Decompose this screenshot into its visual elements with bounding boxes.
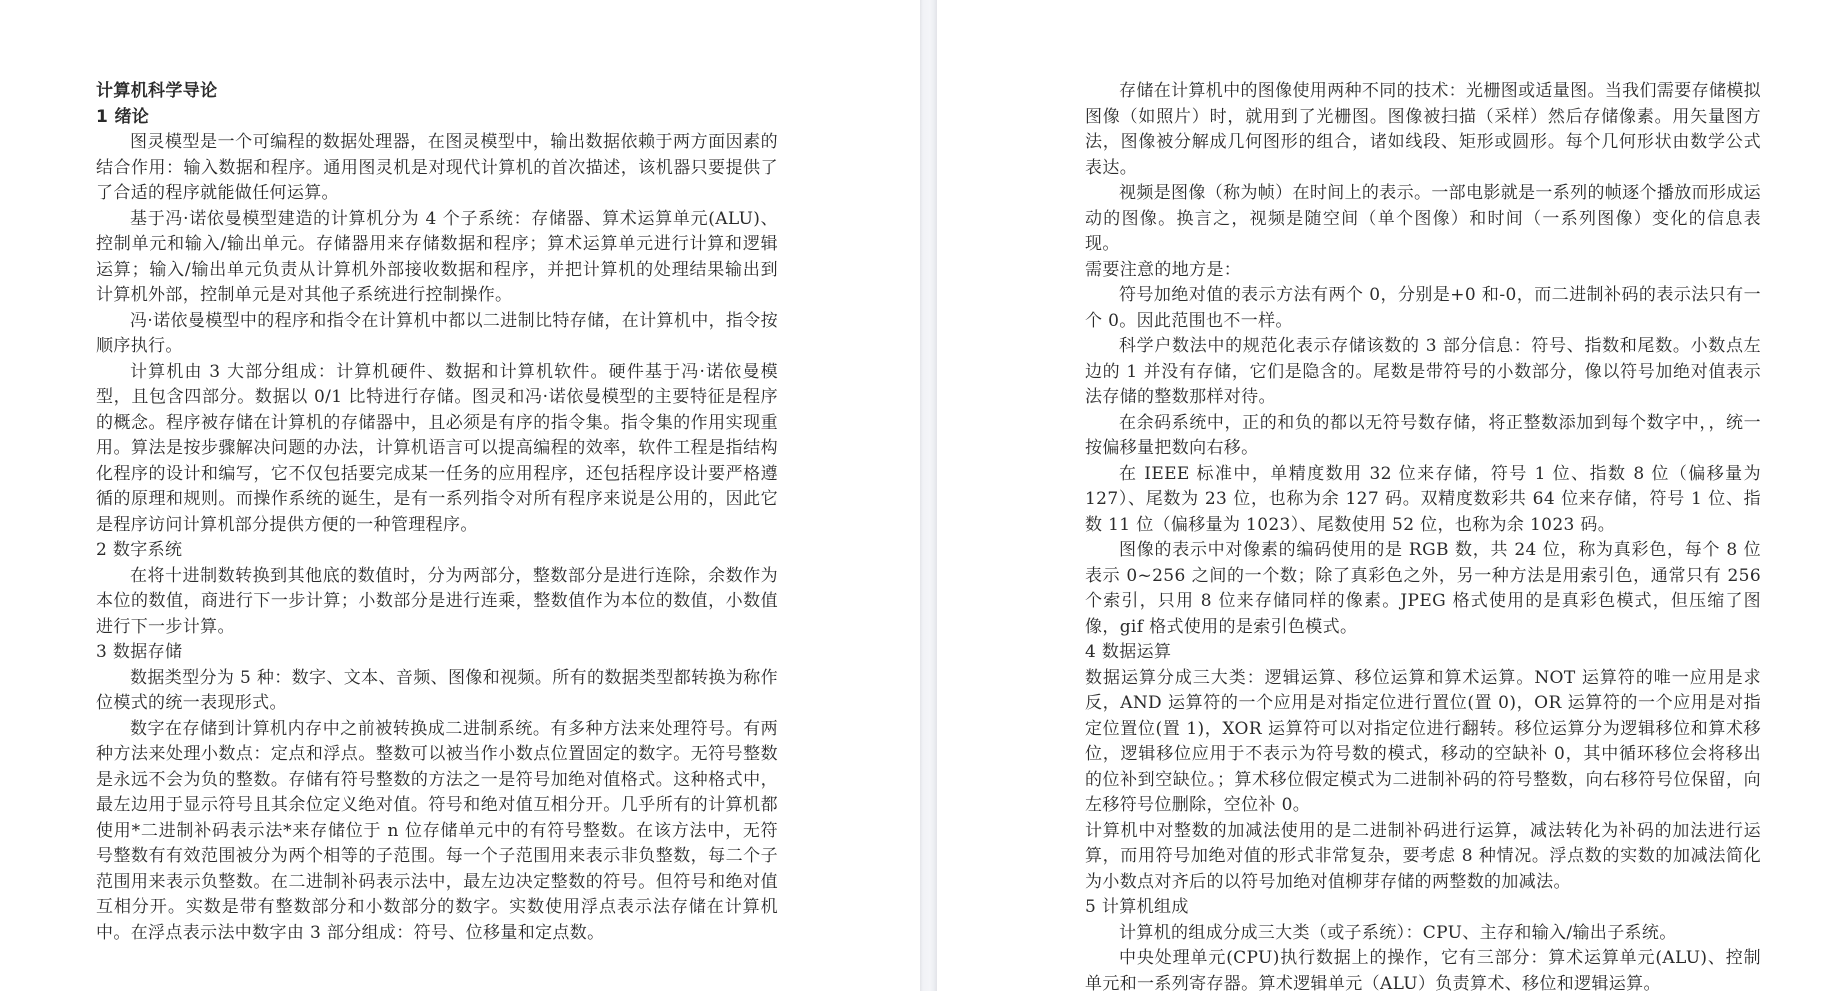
page-right-content: 存储在计算机中的图像使用两种不同的技术：光栅图或适量图。当我们需要存储模拟图像（…	[1085, 79, 1761, 991]
page-gutter	[920, 0, 937, 991]
document-title: 计算机科学导论	[96, 79, 778, 105]
paragraph: 图像的表示中对像素的编码使用的是 RGB 数，共 24 位，称为真彩色，每个 8…	[1085, 538, 1761, 640]
paragraph: 中央处理单元(CPU)执行数据上的操作，它有三部分：算术运算单元(ALU)、控制…	[1085, 946, 1761, 991]
note-label: 需要注意的地方是：	[1085, 258, 1761, 284]
paragraph: 在将十进制数转换到其他底的数值时，分为两部分，整数部分是进行连除，余数作为本位的…	[96, 564, 778, 641]
section-heading-1: 1 绪论	[96, 105, 778, 131]
paragraph: 计算机由 3 大部分组成：计算机硬件、数据和计算机软件。硬件基于冯·诺依曼模型，…	[96, 360, 778, 539]
page-left-content: 计算机科学导论 1 绪论 图灵模型是一个可编程的数据处理器，在图灵模型中，输出数…	[96, 79, 778, 946]
paragraph: 数据运算分成三大类：逻辑运算、移位运算和算术运算。NOT 运算符的唯一应用是求反…	[1085, 666, 1761, 819]
section-heading-4: 4 数据运算	[1085, 640, 1761, 666]
paragraph: 数据类型分为 5 种：数字、文本、音频、图像和视频。所有的数据类型都转换为称作位…	[96, 666, 778, 717]
section-heading-5: 5 计算机组成	[1085, 895, 1761, 921]
section-heading-3: 3 数据存储	[96, 640, 778, 666]
paragraph: 计算机的组成分成三大类（或子系统）：CPU、主存和输入/输出子系统。	[1085, 921, 1761, 947]
paragraph: 符号加绝对值的表示方法有两个 0，分别是+0 和-0，而二进制补码的表示法只有一…	[1085, 283, 1761, 334]
paragraph: 基于冯·诺依曼模型建造的计算机分为 4 个子系统：存储器、算术运算单元(ALU)…	[96, 207, 778, 309]
paragraph: 科学户数法中的规范化表示存储该数的 3 部分信息：符号、指数和尾数。小数点左边的…	[1085, 334, 1761, 411]
paragraph: 在 IEEE 标准中，单精度数用 32 位来存储，符号 1 位、指数 8 位（偏…	[1085, 462, 1761, 539]
document-page-right: 存储在计算机中的图像使用两种不同的技术：光栅图或适量图。当我们需要存储模拟图像（…	[937, 0, 1833, 991]
paragraph: 在余码系统中，正的和负的都以无符号数存储，将正整数添加到每个数字中，，统一按偏移…	[1085, 411, 1761, 462]
section-heading-2: 2 数字系统	[96, 538, 778, 564]
paragraph: 冯·诺依曼模型中的程序和指令在计算机中都以二进制比特存储，在计算机中，指令按顺序…	[96, 309, 778, 360]
paragraph: 存储在计算机中的图像使用两种不同的技术：光栅图或适量图。当我们需要存储模拟图像（…	[1085, 79, 1761, 181]
paragraph: 视频是图像（称为帧）在时间上的表示。一部电影就是一系列的帧逐个播放而形成运动的图…	[1085, 181, 1761, 258]
document-page-left: 计算机科学导论 1 绪论 图灵模型是一个可编程的数据处理器，在图灵模型中，输出数…	[0, 0, 920, 991]
paragraph: 数字在存储到计算机内存中之前被转换成二进制系统。有多种方法来处理符号。有两种方法…	[96, 717, 778, 947]
paragraph: 计算机中对整数的加减法使用的是二进制补码进行运算，减法转化为补码的加法进行运算，…	[1085, 819, 1761, 896]
paragraph: 图灵模型是一个可编程的数据处理器，在图灵模型中，输出数据依赖于两方面因素的结合作…	[96, 130, 778, 207]
